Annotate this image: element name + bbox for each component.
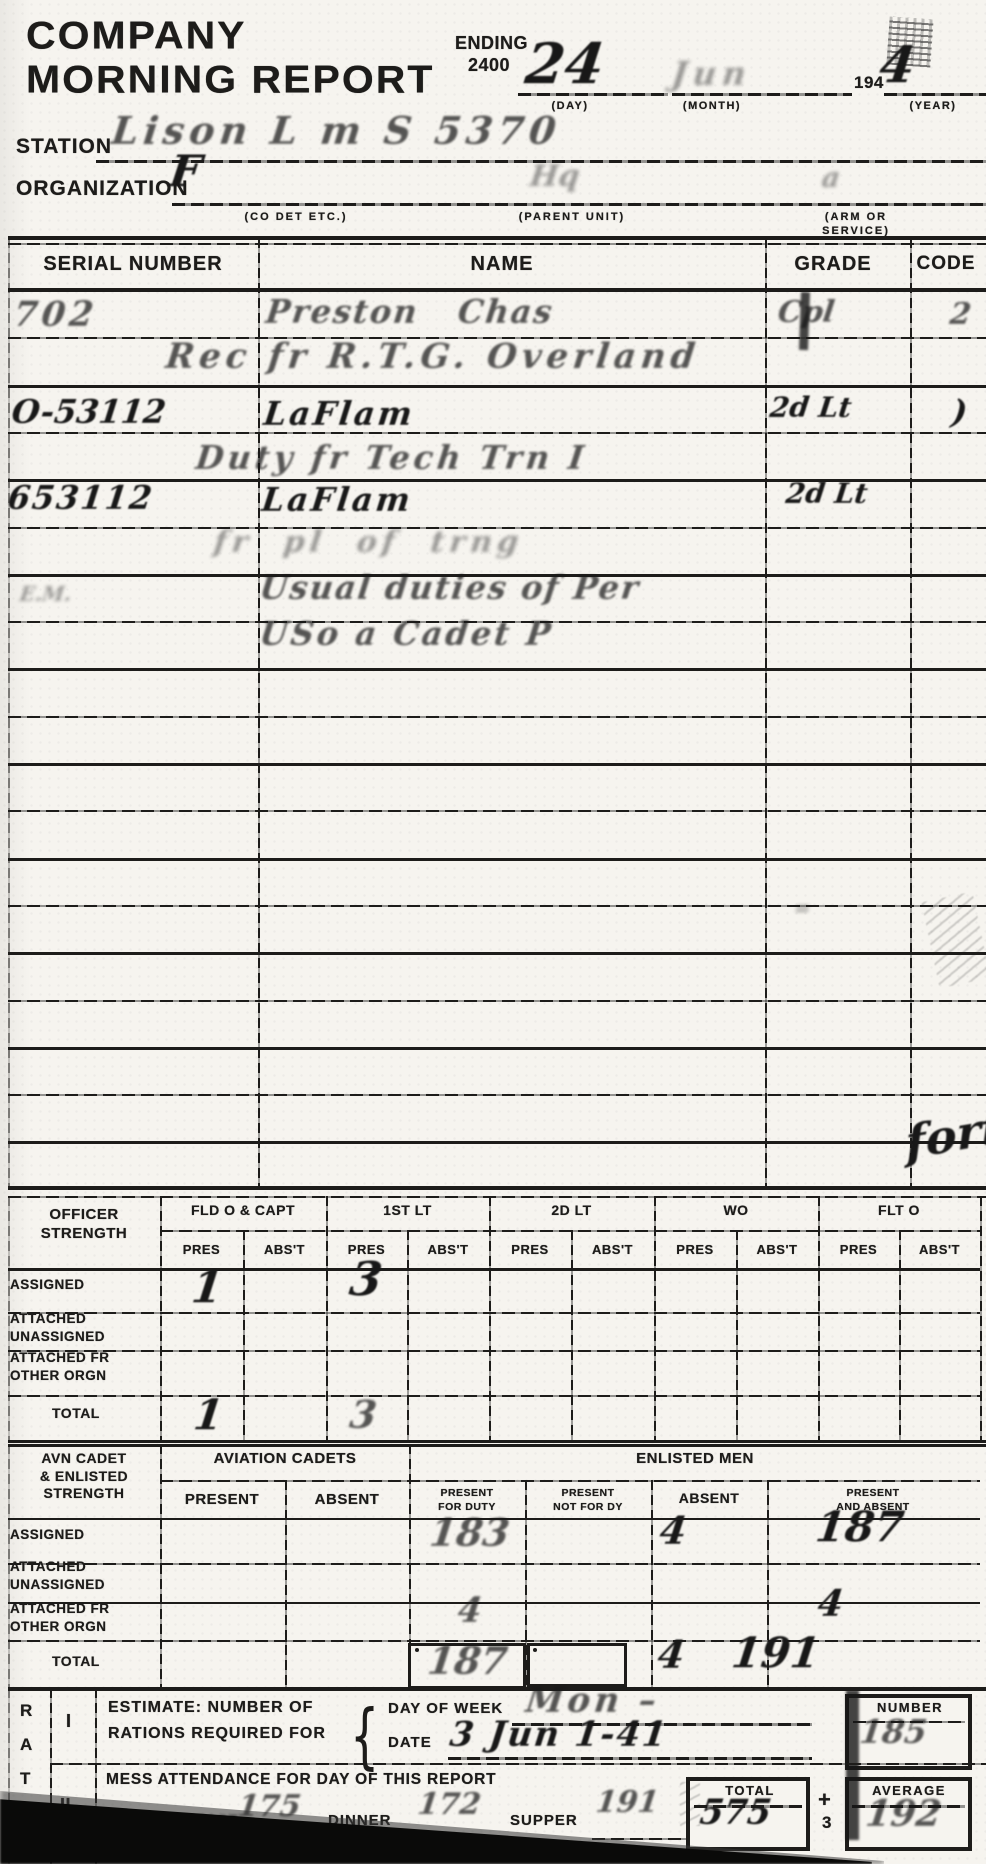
officer-sub-divider xyxy=(736,1230,738,1440)
officer-group-divider xyxy=(326,1196,328,1440)
hw-roster-r1-grade: Cpl xyxy=(776,298,836,328)
hw-mess-total: 575 xyxy=(698,1796,773,1830)
officer-sub-divider xyxy=(243,1230,245,1440)
roster-row-rule xyxy=(8,716,986,718)
plus-sign: + xyxy=(818,1786,831,1814)
enlisted-sub-divider xyxy=(285,1480,287,1687)
page-title-line1: COMPANY xyxy=(26,11,247,60)
estimate-line2: RATIONS REQUIRED FOR xyxy=(108,1724,326,1744)
officer-row-rule xyxy=(8,1395,980,1397)
enlisted-total-handbox-dot-1 xyxy=(415,1648,419,1652)
estimate-brace: { xyxy=(350,1694,379,1778)
hw-station: Lison L m S 5370 xyxy=(110,112,563,150)
officer-group-divider xyxy=(654,1196,656,1440)
enlisted-subhead-4: PRESENT NOT FOR DY xyxy=(553,1486,623,1514)
caption-parent-unit: (PARENT UNIT) xyxy=(519,211,625,225)
roster-header-rule xyxy=(8,288,986,292)
rat-letter-t: T xyxy=(20,1768,31,1789)
hw-officer-assigned-fldo-pres: 1 xyxy=(189,1266,225,1310)
officer-sub-divider xyxy=(899,1230,901,1440)
rations-row-divider xyxy=(50,1763,986,1765)
hw-roster-r5-name: LaFlam xyxy=(260,484,415,516)
hw-roster-r4-note: Duty fr Tech Trn I xyxy=(194,442,589,474)
officer-group-5: FLT O xyxy=(878,1202,920,1220)
roster-row-rule xyxy=(8,1141,986,1144)
roster-row-rule xyxy=(8,952,986,955)
hw-roster-r7-margin: E.M. xyxy=(19,584,73,604)
officer-group-divider xyxy=(489,1196,491,1440)
hw-officer-total-1stlt-pres: 3 xyxy=(348,1396,379,1434)
roster-row-rule xyxy=(8,858,986,861)
roster-row-rule xyxy=(8,763,986,766)
roster-top-rule-a xyxy=(8,236,986,240)
officer-strength-stub: OFFICER STRENGTH xyxy=(41,1206,128,1244)
ending-label: ENDING xyxy=(455,32,528,55)
date-blank xyxy=(448,1757,812,1760)
hw-enl-assigned-pres-duty: 183 xyxy=(428,1514,512,1552)
rat-letter-r: R xyxy=(20,1700,33,1721)
officer-row-rule xyxy=(8,1312,980,1314)
organization-blank-line xyxy=(172,203,986,206)
rat-letter-a: A xyxy=(20,1734,33,1755)
officer-group-1: FLD O & CAPT xyxy=(191,1202,295,1220)
officer-row-rule xyxy=(8,1268,980,1271)
hw-ending-day: 24 xyxy=(523,36,608,92)
estimate-line1: ESTIMATE: NUMBER OF xyxy=(108,1698,313,1718)
enlisted-total-handbox-dot-2 xyxy=(533,1648,537,1652)
hw-day-of-week: Mon – xyxy=(524,1684,662,1718)
officer-subhead-pres: PRES xyxy=(183,1242,220,1258)
month-blank-line xyxy=(672,93,852,96)
officer-row-label: ATTACHED FR OTHER ORGN xyxy=(10,1349,110,1384)
officer-group-divider xyxy=(160,1196,162,1440)
hw-roster-r1-code: 2 xyxy=(948,300,973,330)
officer-subhead-pres: PRES xyxy=(840,1242,877,1258)
hw-enl-assigned-pres-abs: 187 xyxy=(813,1506,906,1548)
cadet-enlisted-stub: AVN CADET & ENLISTED STRENGTH xyxy=(40,1450,128,1503)
roster-row-rule xyxy=(8,1047,986,1050)
officer-row-label: ATTACHED UNASSIGNED xyxy=(10,1310,105,1345)
roster-col-serial-number: SERIAL NUMBER xyxy=(43,252,222,277)
hw-mess-average: 192 xyxy=(864,1796,944,1832)
officer-group-3: 2D LT xyxy=(551,1202,591,1220)
hw-roster-margin-mark: = xyxy=(793,898,812,918)
hw-arm-service: a xyxy=(820,164,842,192)
ink-streak-number-box xyxy=(846,1690,859,1840)
ending-time: 2400 xyxy=(468,54,510,77)
enlisted-row-label: ASSIGNED xyxy=(10,1526,85,1544)
enlisted-row-label: TOTAL xyxy=(52,1652,100,1670)
total-box-smudge xyxy=(680,1782,700,1826)
roster-divider-grade-code xyxy=(910,238,912,1188)
enlisted-row-label: ATTACHED UNASSIGNED xyxy=(10,1558,105,1593)
officer-row-rule xyxy=(8,1350,980,1352)
divisor-3: 3 xyxy=(822,1812,832,1833)
rations-row1-numeral: I xyxy=(66,1710,72,1733)
roster-row-rule xyxy=(8,905,986,907)
caption-arm-service: (ARM OR SERVICE) xyxy=(791,211,921,239)
enlisted-subhead-rule xyxy=(160,1480,980,1482)
hw-roster-r8-note: USo a Cadet P xyxy=(258,618,555,650)
officer-subhead-abst: ABS'T xyxy=(428,1242,469,1258)
enlisted-sub-divider xyxy=(651,1480,653,1687)
enlisted-subhead-5: ABSENT xyxy=(679,1489,740,1508)
hw-ending-year: 4 xyxy=(877,40,918,90)
hw-roster-r1-name: Preston Chas xyxy=(264,296,556,328)
enlisted-group-enlisted-men: ENLISTED MEN xyxy=(636,1450,754,1469)
enlisted-subhead-2: ABSENT xyxy=(315,1490,380,1510)
hw-roster-r3-serial: O-53112 xyxy=(10,396,168,428)
supper-label: SUPPER xyxy=(510,1812,578,1831)
hw-officer-total-fldo-pres: 1 xyxy=(191,1394,225,1436)
hw-roster-r3-name: LaFlam xyxy=(262,398,417,430)
roster-divider-name-grade xyxy=(765,238,767,1188)
officer-subhead-rule xyxy=(160,1230,980,1232)
hw-enl-total-pres-duty: 187 xyxy=(426,1642,510,1680)
morning-report-scan: COMPANY MORNING REPORT ENDING 2400 194 (… xyxy=(0,0,986,1864)
organization-label: ORGANIZATION xyxy=(16,176,189,202)
hw-enl-total-absent: 4 xyxy=(656,1636,687,1674)
roster-row-rule xyxy=(8,1094,986,1096)
hw-enl-assigned-absent: 4 xyxy=(658,1512,689,1550)
roster-row-rule xyxy=(8,385,986,388)
hw-supper-count: 191 xyxy=(594,1788,660,1818)
enlisted-subhead-1: PRESENT xyxy=(185,1490,259,1510)
hw-roster-r7-note: Usual duties of Per xyxy=(258,572,642,604)
enlisted-top-rule xyxy=(8,1444,986,1447)
rations-top-rule xyxy=(8,1688,986,1691)
officer-subhead-abst: ABS'T xyxy=(264,1242,305,1258)
hw-ending-month: Jun xyxy=(670,58,754,90)
hw-date: 3 Jun 1-41 xyxy=(448,1718,670,1752)
roster-bottom-rule xyxy=(8,1186,986,1190)
enlisted-group-aviation-cadets: AVIATION CADETS xyxy=(214,1450,357,1469)
hw-parent-unit: Hq xyxy=(528,162,581,192)
hw-organization: F xyxy=(167,150,204,194)
enlisted-row-rule xyxy=(8,1563,980,1565)
hw-roster-r3-code: ) xyxy=(950,396,969,428)
hw-enl-attfr-pres-duty: 4 xyxy=(456,1594,484,1628)
officer-subhead-pres: PRES xyxy=(676,1242,713,1258)
officer-row-label: ASSIGNED xyxy=(10,1276,85,1294)
hw-enl-total-pres-abs: 191 xyxy=(729,1632,822,1674)
hw-dinner-count: 172 xyxy=(416,1790,482,1820)
roster-row-rule xyxy=(8,1000,986,1002)
officer-subhead-abst: ABS'T xyxy=(757,1242,798,1258)
officer-group-divider xyxy=(818,1196,820,1440)
hw-rations-number: 185 xyxy=(858,1716,929,1748)
hw-fort-scrawl: fort xyxy=(904,1104,986,1166)
roster-col-code: CODE xyxy=(917,252,976,276)
roster-row-rule xyxy=(8,810,986,812)
month-caption: (MONTH) xyxy=(683,100,741,114)
officer-bottom-rule xyxy=(8,1440,986,1443)
enlisted-group-divider xyxy=(160,1444,162,1687)
roster-left-edge xyxy=(8,238,10,1188)
officer-subhead-abst: ABS'T xyxy=(919,1242,960,1258)
roster-divider-serial-name xyxy=(258,238,260,1188)
officer-group-divider xyxy=(980,1196,982,1440)
officer-row-label: TOTAL xyxy=(52,1404,100,1422)
hw-roster-r1-serial: 702 xyxy=(12,298,99,332)
page-title-line2: MORNING REPORT xyxy=(26,55,434,104)
roster-col-name: NAME xyxy=(471,252,534,277)
officer-sub-divider xyxy=(571,1230,573,1440)
station-label: STATION xyxy=(16,134,112,160)
caption-co-det: (CO DET ETC.) xyxy=(245,211,348,225)
hw-roster-r2-note: Rec fr R.T.G. Overland xyxy=(164,340,702,374)
roster-top-rule-b xyxy=(8,243,986,245)
roster-row-rule xyxy=(8,432,986,434)
roster-col-grade: GRADE xyxy=(794,252,871,277)
hw-roster-r3-grade: 2d Lt xyxy=(768,394,853,422)
hw-roster-r5-serial: 653112 xyxy=(6,482,156,514)
hw-roster-r6-note: fr pl of trng xyxy=(212,528,525,558)
enlisted-row-label: ATTACHED FR OTHER ORGN xyxy=(10,1600,110,1635)
officer-top-rule xyxy=(8,1196,986,1198)
roster-row-rule xyxy=(8,668,986,671)
officer-group-4: WO xyxy=(723,1202,748,1220)
officer-subhead-pres: PRES xyxy=(511,1242,548,1258)
hw-enl-attfr-pres-abs: 4 xyxy=(816,1586,845,1622)
hw-roster-r5-grade: 2d Lt xyxy=(784,480,869,508)
officer-subhead-abst: ABS'T xyxy=(592,1242,633,1258)
officer-group-2: 1ST LT xyxy=(383,1202,432,1220)
date-label: DATE xyxy=(388,1734,432,1753)
officer-sub-divider xyxy=(407,1230,409,1440)
year-caption: (YEAR) xyxy=(910,100,957,114)
hw-officer-assigned-1stlt-pres: 3 xyxy=(347,1256,385,1302)
